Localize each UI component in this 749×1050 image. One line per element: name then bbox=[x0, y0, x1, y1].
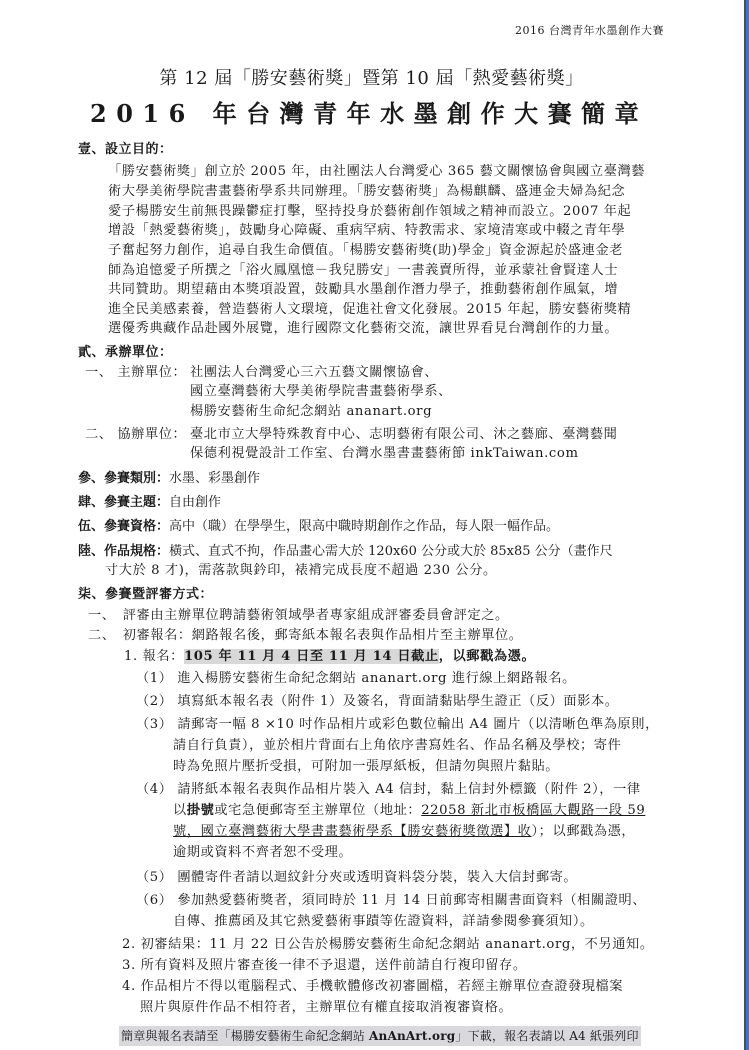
organizer-item: 楊勝安藝術生命紀念網站 ananart.org bbox=[190, 400, 432, 419]
step-5: （5） 團體寄件者請以迴紋針分夾或透明資料袋分裝，裝入大信封郵寄。 bbox=[136, 866, 577, 885]
section-specs: 陸、作品規格：橫式、直式不拘，作品畫心需大於 120x60 公分或大於 85x8… bbox=[78, 540, 613, 559]
specs-line-1: 橫式、直式不拘，作品畫心需大於 120x60 公分或大於 85x85 公分（畫作… bbox=[169, 544, 613, 559]
specs-line-2: 寸大於 8 才)，需落款與鈐印，裱褙完成長度不超過 230 公分。 bbox=[105, 559, 497, 578]
section-eligibility: 伍、參賽資格：高中（職）在學學生，限高中職時期創作之作品，每人限一幅作品。 bbox=[78, 515, 559, 534]
result-item-3: 3. 所有資料及照片審查後一律不予退還，送件前請自行複印留存。 bbox=[122, 954, 527, 973]
step-4-cont: 號，國立臺灣藝術大學書畫藝術學系【勝安藝術獎徵選】收）；以郵戳為憑， bbox=[173, 820, 635, 839]
step-1: （1） 進入楊勝安藝術生命紀念網站 ananart.org 進行線上網路報名。 bbox=[136, 667, 576, 686]
result-item-4: 4. 作品相片不得以電腦程式、手機軟體修改初審圖檔，若經主辦單位查證發現檔案 bbox=[122, 975, 623, 994]
step-3-cont: 請自行負責），並於相片背面右上角依序書寫姓名、作品名稱及學校；寄件 bbox=[173, 734, 621, 753]
step-4: （4） 請將紙本報名表與作品相片裝入 A4 信封，黏上信封外標籤（附件 2），一… bbox=[136, 778, 641, 797]
registered-mail: 掛號 bbox=[187, 803, 215, 818]
section-theme: 肆、參賽主題：自由創作 bbox=[78, 491, 221, 510]
judging-item-2: 二、 初審報名：網路報名後，郵寄紙本報名表與作品相片至主辦單位。 bbox=[88, 624, 523, 643]
step-3-cont: 時為免照片壓折受損，可附加一張厚紙板，但請勿與照片黏貼。 bbox=[173, 755, 559, 774]
mailing-address-recipient: 號，國立臺灣藝術大學書畫藝術學系【勝安藝術獎徵選】收 bbox=[173, 824, 531, 839]
step-4-cont: 逾期或資料不齊者恕不受理。 bbox=[173, 841, 352, 860]
eligibility-value: 高中（職）在學學生，限高中職時期創作之作品，每人限一幅作品。 bbox=[169, 519, 559, 534]
theme-value: 自由創作 bbox=[169, 495, 221, 510]
footer-site-link[interactable]: AnAnArt.org bbox=[369, 1029, 455, 1043]
footer-text: 簡章與報名表請至「楊勝安藝術生命紀念網站 bbox=[121, 1029, 369, 1043]
co-organizer-label: 二、 協辦單位： bbox=[85, 423, 186, 442]
subtitle-text: 第 12 屆「勝安藝術獎」暨第 10 屆「熱愛藝術獎」 bbox=[159, 64, 583, 90]
section-heading-theme: 肆、參賽主題： bbox=[78, 495, 169, 510]
step-2: （2） 填寫紙本報名表（附件 1）及簽名，背面請黏貼學生證正（反）面影本。 bbox=[136, 690, 619, 709]
purpose-line: 子奮起努力創作，追尋自我生命價值。「楊勝安藝術獎(助)學金」資金源起於盛連金老 bbox=[108, 239, 623, 258]
purpose-line: 進全民美感素養，營造藝術人文環境，促進社會文化發展。2015 年起，勝安藝術獎精 bbox=[108, 298, 631, 317]
registration-dates: 105 年 11 月 4 日至 11 月 14 日截止 bbox=[184, 649, 439, 664]
purpose-line: 愛子楊勝安生前無畏躁鬱症打擊，堅持投身於藝術創作領域之精神而設立。2007 年起 bbox=[108, 200, 631, 219]
mailing-address: 22058 新北市板橋區大觀路一段 59 bbox=[421, 803, 645, 818]
co-organizer-item: 臺北市立大學特殊教育中心、志明藝術有限公司、沐之藝廊、臺灣藝聞 bbox=[190, 423, 617, 442]
registration-suffix: ，以郵戳為憑。 bbox=[439, 649, 536, 664]
section-heading-eligibility: 伍、參賽資格： bbox=[78, 519, 169, 534]
organizer-item: 國立臺灣藝術大學美術學院書畫藝術學系、 bbox=[190, 380, 452, 399]
organizer-item: 社團法人台灣愛心三六五藝文關懷協會、 bbox=[190, 361, 438, 380]
step-3: （3） 請郵寄一幅 8 ×10 吋作品相片或彩色數位輸出 A4 圖片（以清晰色準… bbox=[136, 713, 659, 732]
section-heading-judging: 柒、參賽暨評審方式： bbox=[78, 583, 213, 602]
footer-download-note: 簡章與報名表請至「楊勝安藝術生命紀念網站 AnAnArt.org」下載，報名表請… bbox=[119, 1026, 641, 1046]
registration-period: 1. 報名：105 年 11 月 4 日至 11 月 14 日截止，以郵戳為憑。 bbox=[124, 645, 535, 664]
window-edge bbox=[744, 0, 749, 1050]
step-4-text: 或宅急便郵寄至主辦單位（地址： bbox=[214, 803, 421, 818]
section-heading-purpose: 壹、設立目的： bbox=[78, 138, 173, 157]
purpose-line: 共同贊助。期望藉由本獎項設置，鼓勵具水墨創作潛力學子，推動藝術創作風氣，增 bbox=[108, 278, 618, 297]
step-4-text: ）；以郵戳為憑， bbox=[531, 824, 635, 839]
purpose-line: 選優秀典藏作品赴國外展覽，進行國際文化藝術交流，讓世界看見台灣創作的力量。 bbox=[108, 317, 618, 336]
section-heading-specs: 陸、作品規格： bbox=[78, 544, 169, 559]
step-4-cont: 以掛號或宅急便郵寄至主辦單位（地址：22058 新北市板橋區大觀路一段 59 bbox=[173, 799, 645, 818]
result-item-4-cont: 照片與原件作品不相符者，主辦單位有權直接取消複審資格。 bbox=[140, 996, 512, 1015]
purpose-line: 「勝安藝術獎」創立於 2005 年，由社團法人台灣愛心 365 藝文關懷協會與國… bbox=[108, 160, 645, 179]
section-category: 參、參賽類別：水墨、彩墨創作 bbox=[78, 467, 260, 486]
purpose-line: 增設「熱愛藝術獎」，鼓勵身心障礙、重病罕病、特教需求、家境清寒或中輟之青年學 bbox=[108, 219, 625, 238]
document-title: 2016 年台灣青年水墨創作大賽簡章 bbox=[90, 94, 670, 129]
judging-item-1: 一、 評審由主辦單位聘請藝術領域學者專家組成評審委員會評定之。 bbox=[88, 604, 509, 623]
step-6-cont: 自傳、推薦函及其它熱愛藝術事蹟等佐證資料，詳請參閱參賽須知）。 bbox=[173, 910, 594, 929]
organizer-label: 一、 主辦單位： bbox=[85, 361, 186, 380]
registration-label: 1. 報名： bbox=[124, 649, 184, 664]
co-organizer-item: 保德利視覺設計工作室、台灣水墨書畫藝術節 inkTaiwan.com bbox=[190, 442, 579, 461]
step-6: （6） 參加熱愛藝術獎者，須同時於 11 月 14 日前郵寄相關書面資料（相關證… bbox=[136, 889, 646, 908]
document-subtitle: 第 12 屆「勝安藝術獎」暨第 10 屆「熱愛藝術獎」 bbox=[0, 64, 749, 90]
step-4-text: 以 bbox=[173, 803, 187, 818]
footer-text: 」下載，報名表請以 A4 紙張列印 bbox=[455, 1029, 638, 1043]
section-heading-organizers: 貳、承辦單位： bbox=[78, 341, 173, 360]
result-item-2: 2. 初審結果：11 月 22 日公告於楊勝安藝術生命紀念網站 ananart.… bbox=[122, 933, 654, 952]
section-heading-category: 參、參賽類別： bbox=[78, 471, 169, 486]
category-value: 水墨、彩墨創作 bbox=[169, 471, 260, 486]
purpose-line: 師為追憶愛子所撰之「浴火鳳凰憶－我兒勝安」一書義賣所得，並承蒙社會賢達人士 bbox=[108, 259, 618, 278]
purpose-line: 術大學美術學院書畫藝術學系共同辦理。「勝安藝術獎」為楊麒麟、盛連金夫婦為紀念 bbox=[108, 180, 625, 199]
header-note: 2016 台灣青年水墨創作大賽 bbox=[515, 22, 664, 38]
